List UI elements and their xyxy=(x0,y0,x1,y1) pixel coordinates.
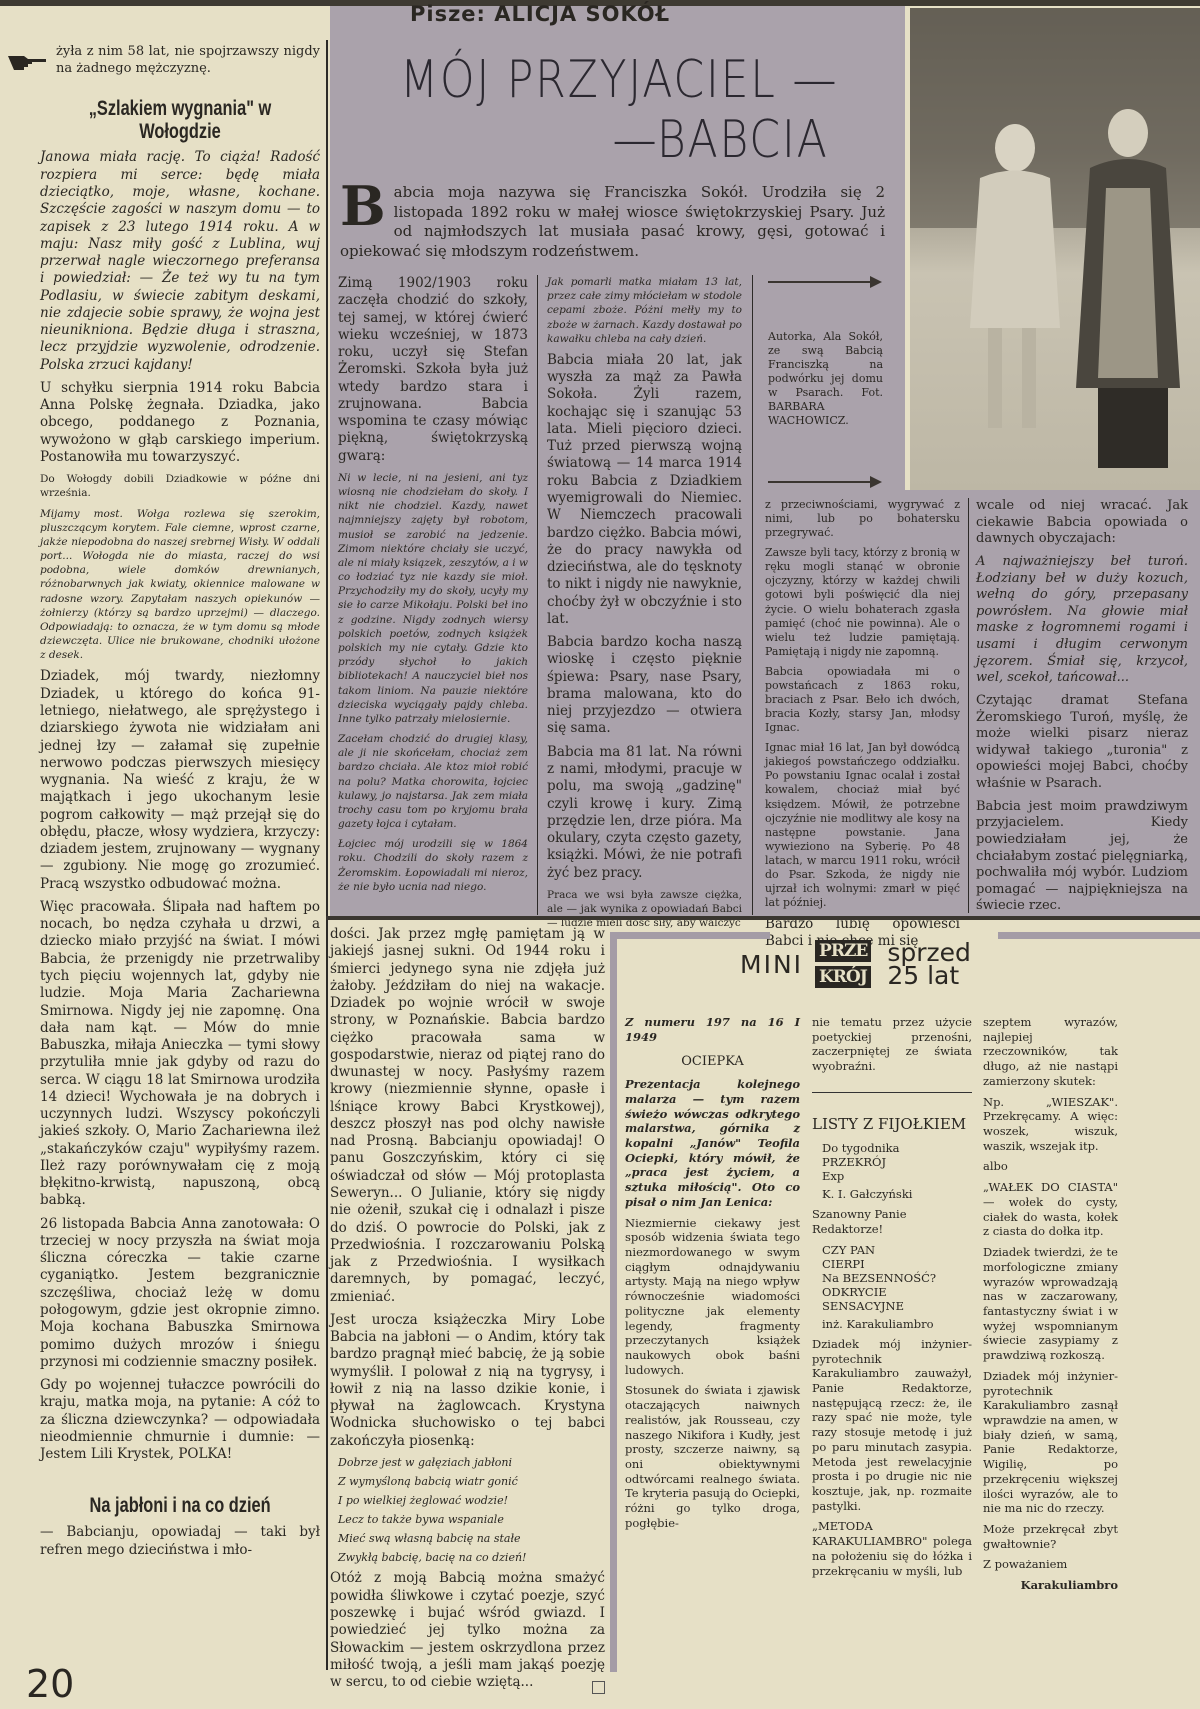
paragraph: U schyłku sierpnia 1914 roku Babcia Anna… xyxy=(40,380,320,466)
article-lead: B abcia moja nazywa się Franciszka Sokół… xyxy=(340,183,885,267)
section-heading-wologda: „Szlakiem wygnania" w Wołogdzie xyxy=(40,97,320,143)
section-divider xyxy=(326,916,1200,920)
mini-box-frame-top-left xyxy=(610,932,770,939)
sprzed-label: sprzed 25 lat xyxy=(887,941,971,987)
column-rule xyxy=(968,498,969,913)
mini-column-3: szeptem wyrazów, najlepiej rzeczowników,… xyxy=(983,1015,1118,1599)
mini-box-frame-top-right xyxy=(998,932,1200,939)
paragraph: Do Wołogdy dobili Dziadkowie w późne dni… xyxy=(40,472,320,500)
mini-header: MINI PRZE KRÓJ sprzed 25 lat xyxy=(740,940,971,988)
photo-caption: Autorka, Ala Sokół, ze swą Babcią Franci… xyxy=(768,330,883,435)
przekroj-logo: PRZE KRÓJ xyxy=(815,940,871,988)
mini-box-frame-left xyxy=(610,932,617,1672)
continuation-column: dości. Jak przez mgłę pamiętam ją w jaki… xyxy=(330,926,605,1697)
drop-cap: B xyxy=(340,183,386,229)
paragraph: Więc pracowała. Ślipała nad haftem po no… xyxy=(40,899,320,1210)
paragraph: Janowa miała rację. To ciąża! Radość roz… xyxy=(40,149,320,373)
mini-label: MINI xyxy=(740,950,803,979)
column-rule xyxy=(537,275,538,915)
arrow-right-icon xyxy=(768,281,880,283)
article-column-c: z przeciwnościami, wygrywać z nimi, lub … xyxy=(765,498,960,957)
column-rule xyxy=(752,275,753,915)
mini-column-2: nie tematu przez użycie poetyckiej przen… xyxy=(812,1015,972,1584)
left-column: żyła z nim 58 lat, nie spojrzawszy nigdy… xyxy=(40,44,320,1565)
article-title: MÓJ PRZYJACIEL — —BABCIA xyxy=(400,50,838,170)
paragraph: Gdy po wojennej tułaczce powrócili do kr… xyxy=(40,1377,320,1463)
mini-column-1: Z numeru 197 na 16 I 1949 OCIEPKA Prezen… xyxy=(625,1015,800,1537)
paragraph: — Babcianju, opowiadaj — taki był refren… xyxy=(40,1524,320,1559)
page-number: 20 xyxy=(26,1662,74,1706)
article-column-b: Jak pomarli matka miałam 13 lat, przez c… xyxy=(547,275,742,936)
section-heading-jablon: Na jabłoni i na co dzień xyxy=(40,1493,320,1518)
song-lyrics: Dobrze jest w gałęziach jabłoni Z wymyśl… xyxy=(330,1456,605,1565)
end-square-icon xyxy=(592,1681,605,1694)
paragraph: Dziadek, mój twardy, niezłomny Dziadek, … xyxy=(40,668,320,892)
article-column-d: wcale od niej wracać. Jak ciekawie Babci… xyxy=(976,498,1188,921)
column-rule xyxy=(326,40,328,1670)
letter-caps: CZY PAN CIERPI Na BEZSENNOŚĆ? ODKRYCIE S… xyxy=(812,1243,972,1331)
byline: Pisze: ALICJA SOKÓŁ xyxy=(410,2,670,26)
article-column-a: Zimą 1902/1903 roku zaczęła chodzić do s… xyxy=(338,275,528,900)
paragraph: 26 listopada Babcia Anna zanotowała: O t… xyxy=(40,1216,320,1371)
paragraph: Mijamy most. Wołga rozlewa się szerokim,… xyxy=(40,507,320,663)
photo-grandmother-and-granddaughter xyxy=(910,8,1200,490)
letter-address: Do tygodnika PRZEKRÓJ Exp K. I. Gałczyńs… xyxy=(812,1141,972,1201)
intro-text: żyła z nim 58 lat, nie spojrzawszy nigdy… xyxy=(56,44,320,77)
divider xyxy=(812,1092,972,1093)
arrow-right-icon xyxy=(768,481,880,483)
